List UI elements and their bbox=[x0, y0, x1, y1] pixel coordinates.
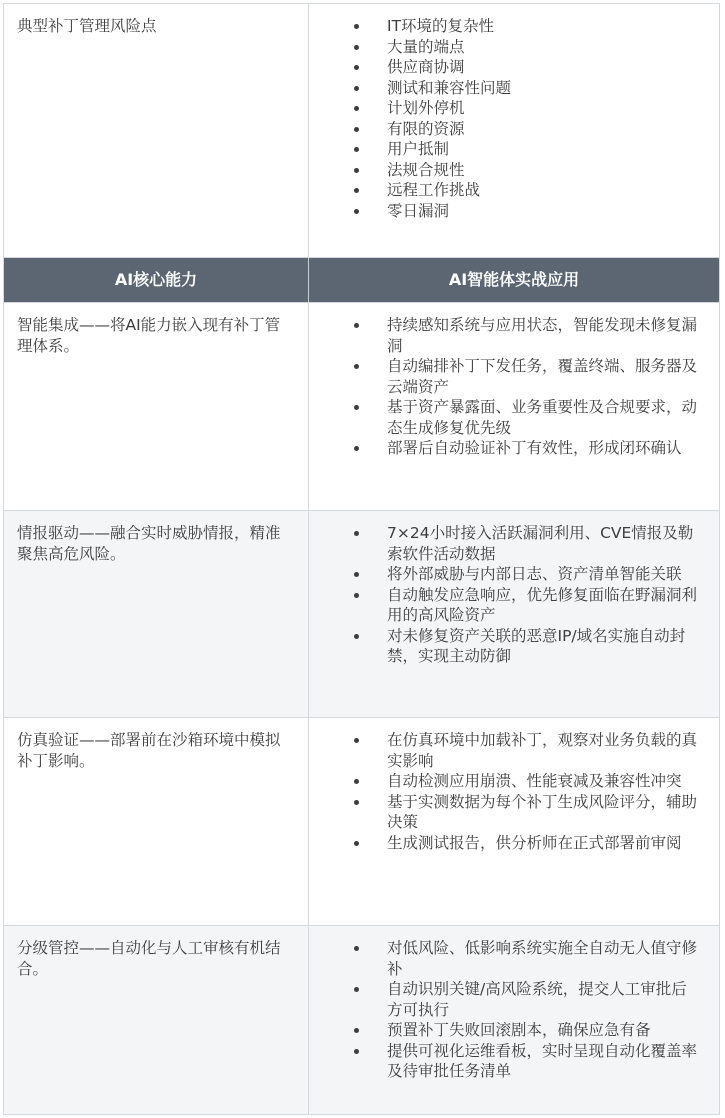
bullet-icon bbox=[354, 24, 359, 29]
list-item: 提供可视化运维看板，实时呈现自动化覆盖率及待审批任务清单 bbox=[309, 1041, 699, 1082]
risk-points-cell: IT环境的复杂性 大量的端点 供应商协调 测试和兼容性问题 计划外停机 有限的资… bbox=[309, 4, 719, 257]
bullet-icon bbox=[354, 841, 359, 846]
list-item: 自动检测应用崩溃、性能衰减及兼容性冲突 bbox=[309, 771, 699, 792]
bullet-icon bbox=[354, 168, 359, 173]
applications-cell: 持续感知系统与应用状态，智能发现未修复漏洞 自动编排补丁下发任务，覆盖终端、服务… bbox=[309, 303, 719, 510]
header-ai-capability: AI核心能力 bbox=[4, 258, 309, 302]
list-item: 对未修复资产关联的恶意IP/域名实施自动封禁，实现主动防御 bbox=[309, 626, 699, 667]
bullet-icon bbox=[354, 446, 359, 451]
table-header: AI核心能力 AI智能体实战应用 bbox=[4, 258, 719, 303]
bullet-icon bbox=[354, 531, 359, 536]
list-item: 大量的端点 bbox=[309, 37, 699, 58]
applications-list: 对低风险、低影响系统实施全自动无人值守修补 自动识别关键/高风险系统，提交人工审… bbox=[309, 938, 699, 1082]
risk-points-row: 典型补丁管理风险点 IT环境的复杂性 大量的端点 供应商协调 测试和兼容性问题 … bbox=[4, 4, 719, 258]
applications-cell: 对低风险、低影响系统实施全自动无人值守修补 自动识别关键/高风险系统，提交人工审… bbox=[309, 926, 719, 1114]
bullet-icon bbox=[354, 65, 359, 70]
applications-list: 7×24小时接入活跃漏洞利用、CVE情报及勒索软件活动数据 将外部威胁与内部日志… bbox=[309, 523, 699, 667]
bullet-icon bbox=[354, 45, 359, 50]
list-item: 零日漏洞 bbox=[309, 201, 699, 222]
bullet-icon bbox=[354, 209, 359, 214]
list-item: 在仿真环境中加载补丁，观察对业务负载的真实影响 bbox=[309, 730, 699, 771]
capability-cell: 分级管控——自动化与人工审核有机结合。 bbox=[4, 926, 309, 1114]
applications-cell: 在仿真环境中加载补丁，观察对业务负载的真实影响 自动检测应用崩溃、性能衰减及兼容… bbox=[309, 718, 719, 925]
applications-list: 在仿真环境中加载补丁，观察对业务负载的真实影响 自动检测应用崩溃、性能衰减及兼容… bbox=[309, 730, 699, 853]
list-item: 计划外停机 bbox=[309, 98, 699, 119]
bullet-icon bbox=[354, 946, 359, 951]
bullet-icon bbox=[354, 323, 359, 328]
bullet-icon bbox=[354, 147, 359, 152]
bullet-icon bbox=[354, 1028, 359, 1033]
bullet-icon bbox=[354, 106, 359, 111]
list-item: 自动编排补丁下发任务，覆盖终端、服务器及云端资产 bbox=[309, 356, 699, 397]
list-item: 预置补丁失败回滚剧本，确保应急有备 bbox=[309, 1020, 699, 1041]
list-item: 基于资产暴露面、业务重要性及合规要求，动态生成修复优先级 bbox=[309, 397, 699, 438]
bullet-icon bbox=[354, 405, 359, 410]
list-item: 测试和兼容性问题 bbox=[309, 78, 699, 99]
bullet-icon bbox=[354, 572, 359, 577]
risk-points-list: IT环境的复杂性 大量的端点 供应商协调 测试和兼容性问题 计划外停机 有限的资… bbox=[309, 16, 699, 221]
table-row: 情报驱动——融合实时威胁情报，精准聚焦高危风险。 7×24小时接入活跃漏洞利用、… bbox=[4, 511, 719, 718]
risk-points-label: 典型补丁管理风险点 bbox=[4, 4, 309, 257]
list-item: 自动触发应急响应，优先修复面临在野漏洞利用的高风险资产 bbox=[309, 585, 699, 626]
list-item: 基于实测数据为每个补丁生成风险评分，辅助决策 bbox=[309, 792, 699, 833]
list-item: 部署后自动验证补丁有效性，形成闭环确认 bbox=[309, 438, 699, 459]
capability-cell: 智能集成——将AI能力嵌入现有补丁管理体系。 bbox=[4, 303, 309, 510]
bullet-icon bbox=[354, 127, 359, 132]
bullet-icon bbox=[354, 779, 359, 784]
bullet-icon bbox=[354, 86, 359, 91]
applications-cell: 7×24小时接入活跃漏洞利用、CVE情报及勒索软件活动数据 将外部威胁与内部日志… bbox=[309, 511, 719, 717]
ai-patch-management-table: 典型补丁管理风险点 IT环境的复杂性 大量的端点 供应商协调 测试和兼容性问题 … bbox=[3, 3, 720, 1115]
list-item: 用户抵制 bbox=[309, 139, 699, 160]
list-item: 远程工作挑战 bbox=[309, 180, 699, 201]
bullet-icon bbox=[354, 188, 359, 193]
bullet-icon bbox=[354, 738, 359, 743]
list-item: 持续感知系统与应用状态，智能发现未修复漏洞 bbox=[309, 315, 699, 356]
list-item: 自动识别关键/高风险系统，提交人工审批后方可执行 bbox=[309, 979, 699, 1020]
applications-list: 持续感知系统与应用状态，智能发现未修复漏洞 自动编排补丁下发任务，覆盖终端、服务… bbox=[309, 315, 699, 459]
bullet-icon bbox=[354, 634, 359, 639]
list-item: 对低风险、低影响系统实施全自动无人值守修补 bbox=[309, 938, 699, 979]
table-row: 智能集成——将AI能力嵌入现有补丁管理体系。 持续感知系统与应用状态，智能发现未… bbox=[4, 303, 719, 511]
list-item: 有限的资源 bbox=[309, 119, 699, 140]
list-item: 法规合规性 bbox=[309, 160, 699, 181]
header-ai-agent-application: AI智能体实战应用 bbox=[309, 258, 719, 302]
list-item: 将外部威胁与内部日志、资产清单智能关联 bbox=[309, 564, 699, 585]
bullet-icon bbox=[354, 593, 359, 598]
list-item: IT环境的复杂性 bbox=[309, 16, 699, 37]
list-item: 7×24小时接入活跃漏洞利用、CVE情报及勒索软件活动数据 bbox=[309, 523, 699, 564]
capability-cell: 仿真验证——部署前在沙箱环境中模拟补丁影响。 bbox=[4, 718, 309, 925]
bullet-icon bbox=[354, 800, 359, 805]
bullet-icon bbox=[354, 987, 359, 992]
bullet-icon bbox=[354, 364, 359, 369]
table-row: 仿真验证——部署前在沙箱环境中模拟补丁影响。 在仿真环境中加载补丁，观察对业务负… bbox=[4, 718, 719, 926]
bullet-icon bbox=[354, 1049, 359, 1054]
list-item: 供应商协调 bbox=[309, 57, 699, 78]
list-item: 生成测试报告，供分析师在正式部署前审阅 bbox=[309, 833, 699, 854]
capability-cell: 情报驱动——融合实时威胁情报，精准聚焦高危风险。 bbox=[4, 511, 309, 717]
table-row: 分级管控——自动化与人工审核有机结合。 对低风险、低影响系统实施全自动无人值守修… bbox=[4, 926, 719, 1114]
